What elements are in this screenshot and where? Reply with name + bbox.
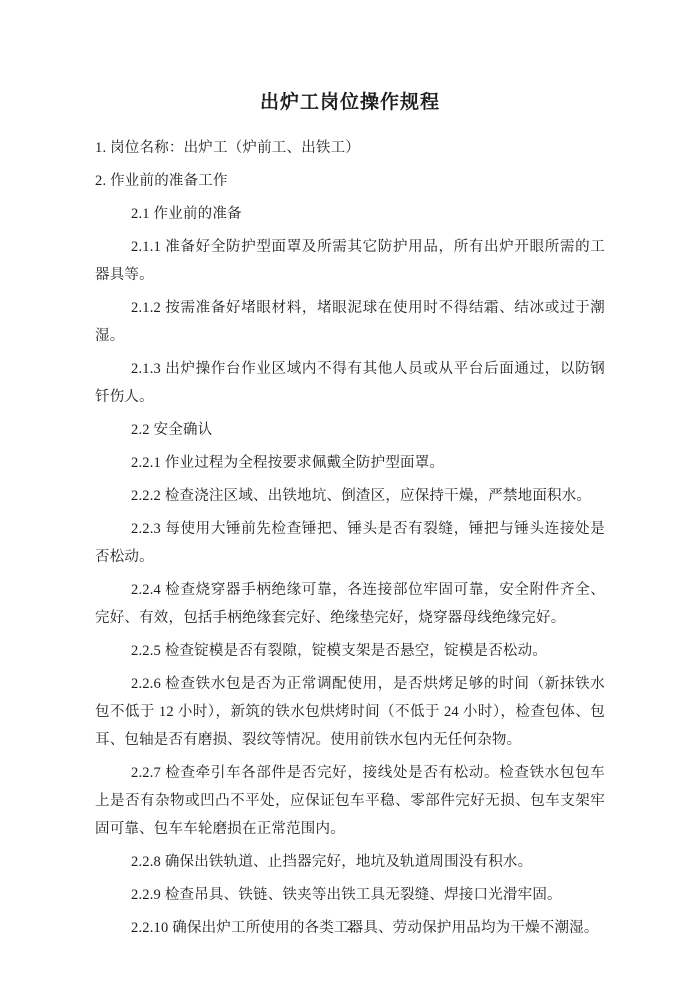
document-title: 出炉工岗位操作规程 [95, 90, 605, 116]
document-content: 出炉工岗位操作规程 1. 岗位名称：出炉工（炉前工、出铁工）2. 作业前的准备工… [95, 0, 605, 947]
paragraph: 2.1.3 出炉操作台作业区域内不得有其他人员或从平台后面通过，以防钢钎伤人。 [95, 355, 605, 411]
paragraph: 2.2.6 检查铁水包是否为正常调配使用，是否烘烤足够的时间（新抹铁水包不低于 … [95, 670, 605, 754]
paragraph: 2.2.1 作业过程为全程按要求佩戴全防护型面罩。 [95, 449, 605, 477]
paragraph: 2. 作业前的准备工作 [95, 167, 605, 195]
paragraph: 1. 岗位名称：出炉工（炉前工、出铁工） [95, 134, 605, 162]
paragraph: 2.1.2 按需准备好堵眼材料，堵眼泥球在使用时不得结霜、结冰或过于潮湿。 [95, 294, 605, 350]
paragraph: 2.2.8 确保出铁轨道、止挡器完好，地坑及轨道周围没有积水。 [95, 848, 605, 876]
paragraph: 2.2.3 每使用大锤前先检查锤把、锤头是否有裂缝，锤把与锤头连接处是否松动。 [95, 515, 605, 571]
paragraph: 2.1.1 准备好全防护型面罩及所需其它防护用品，所有出炉开眼所需的工器具等。 [95, 233, 605, 289]
paragraph: 2.2.7 检查牵引车各部件是否完好，接线处是否有松动。检查铁水包包车上是否有杂… [95, 759, 605, 843]
paragraph: 2.2.5 检查锭模是否有裂隙，锭模支架是否悬空，锭模是否松动。 [95, 637, 605, 665]
paragraph: 2.2.4 检查烧穿器手柄绝缘可靠，各连接部位牢固可靠，安全附件齐全、完好、有效… [95, 576, 605, 632]
paragraph: 2.1 作业前的准备 [95, 200, 605, 228]
paragraph: 2.2.2 检查浇注区域、出铁地坑、倒渣区，应保持干燥，严禁地面积水。 [95, 482, 605, 510]
paragraph: 2.2 安全确认 [95, 416, 605, 444]
document-page: 出炉工岗位操作规程 1. 岗位名称：出炉工（炉前工、出铁工）2. 作业前的准备工… [0, 0, 700, 990]
document-body: 1. 岗位名称：出炉工（炉前工、出铁工）2. 作业前的准备工作2.1 作业前的准… [95, 134, 605, 942]
page-number: 2 [0, 918, 700, 934]
paragraph: 2.2.9 检查吊具、铁链、铁夹等出铁工具无裂缝、焊接口光滑牢固。 [95, 881, 605, 909]
